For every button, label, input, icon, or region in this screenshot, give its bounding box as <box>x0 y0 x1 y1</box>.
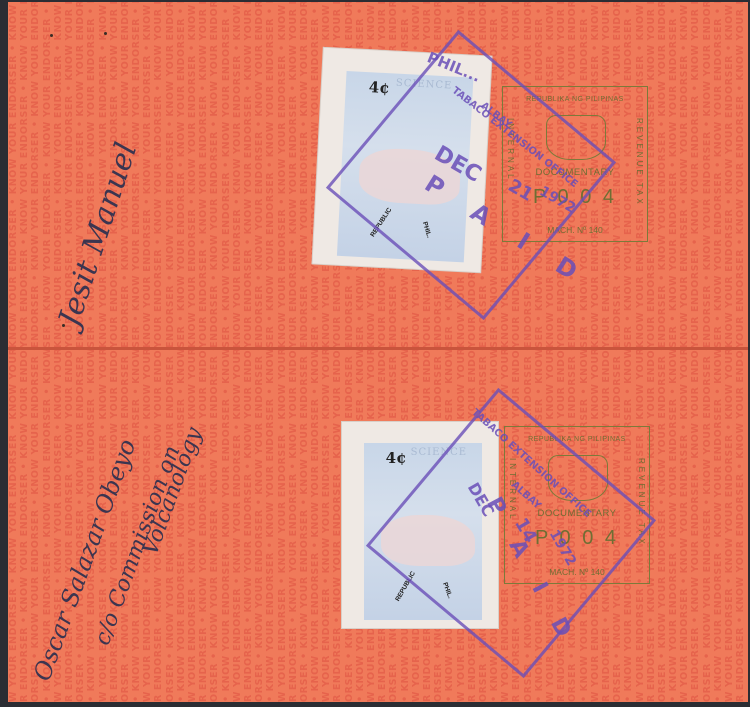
punch-hole <box>62 324 65 327</box>
stamp-value: 4¢ <box>368 78 390 97</box>
stamp-value: 4¢ <box>386 449 407 467</box>
punch-hole <box>50 34 53 37</box>
meter-side-right: REVENUE TAX <box>635 118 644 207</box>
punch-hole <box>104 32 107 35</box>
check-top: KNOW YOUR ENDORSER • KNOW YOUR ENDORSER … <box>8 2 748 348</box>
check-bottom: W YOUR ENDORSER • KNOW YOUR ENDORSER • K… <box>8 350 748 702</box>
